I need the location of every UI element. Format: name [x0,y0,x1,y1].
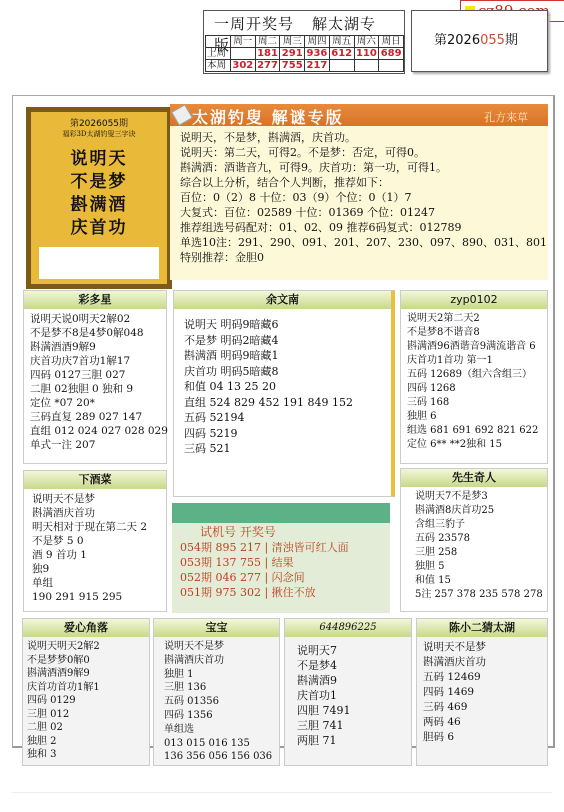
panel-yuwennan: 余文南 说明天 明码9暗藏6 不是梦 明码2暗藏4 斟满酒 明码9暗藏1 庆首功… [173,290,395,497]
panel-xiajiucai: 下酒菜 说明天不是梦 斟满酒庆首功 明天相对于现在第二天 2 不是梦 5 0 酒… [23,470,167,612]
panel-body: 说明天说0明天2解02 不是梦不8是4梦0解048 斟满酒酒9解9 庆首功庆7首… [24,309,166,455]
panel-line: 四码 1356 [164,709,273,723]
panel-line: 斟满酒9 [297,673,399,688]
analysis-line: 单选10注：291、290、091、201、207、230、097、890、03… [180,235,547,250]
panel-line: 四码 0127三胆 027 [30,368,160,382]
day-header: 周三 [280,36,305,48]
panel-line: 说明天不是梦 [164,640,273,654]
panel-line: 庆首功 明码5暗藏8 [184,364,381,380]
panel-xianshengqiren: 先生奇人 说明天7不是梦3 斟满酒8庆首功25 含组三豹子 五码 23578 三… [400,468,548,612]
panel-line: 说明天不是梦 [32,492,160,506]
row-label: 上周 [206,48,231,60]
period-suffix: 期 [505,33,518,48]
panel-line: 说明天2第二天2 [407,312,541,326]
panel-line: 五码 12469 [423,670,541,685]
panel-line: 含组三豹子 [415,518,541,532]
panel-title: 陈小二猜太湖 [417,619,547,637]
trial-numbers-panel: 试机号 开奖号 054期 895 217 | 清浊皆可红人面 053期 137 … [172,503,390,613]
panel-line: 明天相对于现在第二天 2 [32,520,160,534]
day-header: 周日 [379,36,404,48]
panel-line: 定位 6** **2独和 15 [407,438,541,452]
riddle-card: 第2026055期 福彩3D太湖钓叟三字诀 说明天 不是梦 斟满酒 庆首功 [26,107,172,289]
day-header: 周五 [329,36,354,48]
day-header: 周四 [305,36,330,48]
panel-line: 三胆 741 [297,718,399,733]
panel-line: 独胆 2 [27,735,143,749]
panel-zyp0102: zyp0102 说明天2第二天2 不是梦8不谐音8 斟满酒96酒谐音9满流谐音 … [400,290,548,464]
panel-line: 不是梦4 [297,658,399,673]
this-week-row: 本周 302 277 755 217 [206,60,404,72]
analysis-author: 孔方来草 [484,109,528,125]
panel-line: 单组 [32,576,160,590]
panel-title: 爱心角落 [23,619,149,637]
weekly-title-text: 一周开奖号 [214,15,294,33]
analysis-body: 说明天，不是梦，斟满酒，庆首功。 说明天：第二天，可得2。不是梦：否定，可得0。… [180,130,547,265]
panel-line: 斟满酒庆首功 [32,506,160,520]
panel-line: 斟满酒酒9解9 [30,340,160,354]
riddle-line: 不是梦 [31,171,167,194]
panel-title: 下酒菜 [24,471,166,489]
panel-line: 斟满酒 明码9暗藏1 [184,348,381,364]
analysis-line: 斟满酒：酒谐音九，可得9。庆首功：第一功，可得1。 [180,160,547,175]
card-blank-area [39,247,159,279]
trial-header-bar [172,503,390,523]
panel-line: 5注 257 378 235 578 278 [415,588,541,602]
riddle-line: 说明天 [31,148,167,171]
panel-baobao: 宝宝 说明天不是梦 斟满酒庆首功 独胆 1 三胆 136 五码 01356 四码… [153,618,280,766]
corner-cell [206,36,231,48]
panel-line: 五码 52194 [184,410,381,426]
panel-line: 胆码 6 [423,730,541,745]
panel-line: 不是梦 明码2暗藏4 [184,333,381,349]
panel-body: 说明天明天2解2 不是梦梦0解0 斟满酒酒9解9 庆首功首功1解1 四码 012… [23,637,149,765]
panel-line: 五码 23578 [415,532,541,546]
weekly-results-table: 周一 周二 周三 周四 周五 周六 周日 上周 181 291 936 612 … [205,35,404,72]
panel-qq644896225: 644896225 说明天7 不是梦4 斟满酒9 庆首功1 四胆 7491 三胆… [284,618,412,766]
panel-title: 644896225 [285,619,411,637]
panel-title: 宝宝 [154,619,279,637]
panel-caiduoxing: 彩多星 说明天说0明天2解02 不是梦不8是4梦0解048 斟满酒酒9解9 庆首… [23,290,167,464]
result-cell: 936 [305,48,330,60]
last-week-row: 上周 181 291 936 612 110 689 [206,48,404,60]
panel-line: 直组 524 829 452 191 849 152 [184,395,381,411]
panel-body: 说明天不是梦 斟满酒庆首功 明天相对于现在第二天 2 不是梦 5 0 酒 9 首… [24,489,166,607]
panel-body: 说明天不是梦 斟满酒庆首功 五码 12469 四码 1469 三码 469 两码… [417,637,547,748]
result-cell: 302 [230,60,255,72]
panel-line: 独胆 6 [407,410,541,424]
panel-line: 两胆 71 [297,733,399,748]
panel-line: 不是梦不8是4梦0解048 [30,326,160,340]
panel-aixinjiaoluo: 爱心角落 说明天明天2解2 不是梦梦0解0 斟满酒酒9解9 庆首功首功1解1 四… [22,618,150,766]
day-header: 周六 [354,36,379,48]
panel-line: 013 015 016 135 [164,737,273,751]
panel-line: 斟满酒8庆首功25 [415,504,541,518]
period-box: 第2026055期 [411,10,548,72]
analysis-panel: 太湖钓叟 解谜专版 孔方来草 说明天，不是梦，斟满酒，庆首功。 说明天：第二天，… [170,104,548,280]
panel-line: 三码 521 [184,441,381,457]
panel-line: 酒 9 首功 1 [32,548,160,562]
panel-line: 庆首功1 [297,688,399,703]
panel-title: zyp0102 [401,291,547,309]
panel-line: 不是梦梦0解0 [27,654,143,668]
panel-chenxiaoer: 陈小二猜太湖 说明天不是梦 斟满酒庆首功 五码 12469 四码 1469 三码… [416,618,548,766]
trial-row: 052期 046 277 | 闪念间 [180,570,382,585]
panel-line: 不是梦8不谐音8 [407,326,541,340]
trial-row: 051期 975 302 | 揪住不放 [180,585,382,600]
trial-row: 053期 137 755 | 结果 [180,555,382,570]
panel-line: 不是梦 5 0 [32,534,160,548]
day-header: 周一 [230,36,255,48]
panel-line: 190 291 915 295 [32,590,160,604]
panel-body: 说明天2第二天2 不是梦8不谐音8 斟满酒96酒谐音9满流谐音 6 庆首功1首功… [401,309,547,455]
panel-line: 三胆 258 [415,546,541,560]
panel-line: 三码 469 [423,700,541,715]
card-period: 第2026055期 [31,116,167,129]
panel-line: 136 356 056 156 036 [164,750,273,764]
result-cell: 181 [255,48,280,60]
panel-line: 四码 0129 [27,694,143,708]
panel-line: 说明天说0明天2解02 [30,312,160,326]
panel-line: 定位 *07 20* [30,396,160,410]
result-cell [329,60,354,72]
panel-line: 单组选 [164,723,273,737]
analysis-line: 推荐组选号码配对：01、02、09 推荐6码复式：012789 [180,220,547,235]
analysis-header: 太湖钓叟 解谜专版 孔方来草 [170,104,548,126]
result-cell [354,60,379,72]
panel-line: 四码 5219 [184,426,381,442]
panel-title: 先生奇人 [401,469,547,487]
panel-line: 三码直复 289 027 147 [30,410,160,424]
panel-line: 斟满酒酒9解9 [27,667,143,681]
trial-body: 试机号 开奖号 054期 895 217 | 清浊皆可红人面 053期 137 … [172,523,390,602]
analysis-line: 百位：0（2）8 十位：03（9）个位：0（1）7 [180,190,547,205]
panel-body: 说明天7不是梦3 斟满酒8庆首功25 含组三豹子 五码 23578 三胆 258… [401,487,547,605]
panel-title: 余文南 [174,291,391,309]
panel-line: 和值 15 [415,574,541,588]
riddle-line: 庆首功 [31,217,167,240]
panel-line: 两码 46 [423,715,541,730]
trial-title: 试机号 开奖号 [180,525,382,540]
panel-line: 五码 01356 [164,695,273,709]
result-cell: 612 [329,48,354,60]
panel-line: 四胆 7491 [297,703,399,718]
panel-line: 四码 1469 [423,685,541,700]
panel-body: 说明天 明码9暗藏6 不是梦 明码2暗藏4 斟满酒 明码9暗藏1 庆首功 明码5… [174,309,391,465]
result-cell: 689 [379,48,404,60]
panel-line: 直组 012 024 027 028 029 [30,424,160,438]
period-number: 055 [480,33,505,48]
panel-line: 斟满酒庆首功 [423,655,541,670]
analysis-line: 说明天，不是梦，斟满酒，庆首功。 [180,130,547,145]
riddle-line: 斟满酒 [31,194,167,217]
panel-line: 单式一注 207 [30,438,160,452]
trial-row: 054期 895 217 | 清浊皆可红人面 [180,540,382,555]
panel-line: 五码 12689（组六含组三） [407,368,541,382]
period-prefix: 第2026 [434,33,480,48]
result-cell: 217 [305,60,330,72]
bottom-divider [12,792,552,793]
panel-line: 说明天 明码9暗藏6 [184,317,381,333]
panel-body: 说明天7 不是梦4 斟满酒9 庆首功1 四胆 7491 三胆 741 两胆 71 [285,637,411,754]
panel-line: 三码 168 [407,396,541,410]
panel-line: 说明天明天2解2 [27,640,143,654]
panel-line: 和值 04 13 25 20 [184,379,381,395]
panel-line: 二胆 02 [27,721,143,735]
result-cell: 277 [255,60,280,72]
result-cell [230,48,255,60]
panel-line: 四码 1268 [407,382,541,396]
analysis-line: 综合以上分析，结合个人判断，推荐如下： [180,175,547,190]
row-label: 本周 [206,60,231,72]
analysis-line: 说明天：第二天，可得2。不是梦：否定，可得0。 [180,145,547,160]
card-subtitle: 福彩3D太湖钓叟三字诀 [31,129,167,139]
period-label: 第2026055期 [434,29,518,48]
panel-line: 庆首功首功1解1 [27,681,143,695]
weekly-results-box: 一周开奖号解太湖专版 周一 周二 周三 周四 周五 周六 周日 上周 181 2… [203,10,405,74]
panel-line: 说明天7不是梦3 [415,490,541,504]
panel-line: 独胆 1 [164,668,273,682]
analysis-line: 大复式：百位：02589 十位：01369 个位：01247 [180,205,547,220]
panel-title: 彩多星 [24,291,166,309]
analysis-title: 太湖钓叟 解谜专版 [192,105,344,128]
panel-line: 斟满酒庆首功 [164,654,273,668]
panel-line: 说明天不是梦 [423,640,541,655]
analysis-line: 特别推荐：金胆0 [180,250,547,265]
day-header: 周二 [255,36,280,48]
result-cell: 755 [280,60,305,72]
panel-line: 三胆 012 [27,708,143,722]
scroll-icon [171,104,193,126]
result-cell: 110 [354,48,379,60]
panel-line: 独和 3 [27,748,143,762]
panel-line: 二胆 02独胆 0 独和 9 [30,382,160,396]
panel-line: 庆首功1首功 第一1 [407,354,541,368]
panel-line: 三胆 136 [164,681,273,695]
panel-line: 庆首功庆7首功1解17 [30,354,160,368]
panel-line: 斟满酒96酒谐音9满流谐音 6 [407,340,541,354]
panel-line: 说明天7 [297,643,399,658]
panel-line: 独9 [32,562,160,576]
result-cell [379,60,404,72]
panel-body: 说明天不是梦 斟满酒庆首功 独胆 1 三胆 136 五码 01356 四码 13… [154,637,279,767]
riddle-lines: 说明天 不是梦 斟满酒 庆首功 [31,148,167,240]
result-cell: 291 [280,48,305,60]
panel-line: 独胆 5 [415,560,541,574]
panel-line: 组选 681 691 692 821 622 [407,424,541,438]
